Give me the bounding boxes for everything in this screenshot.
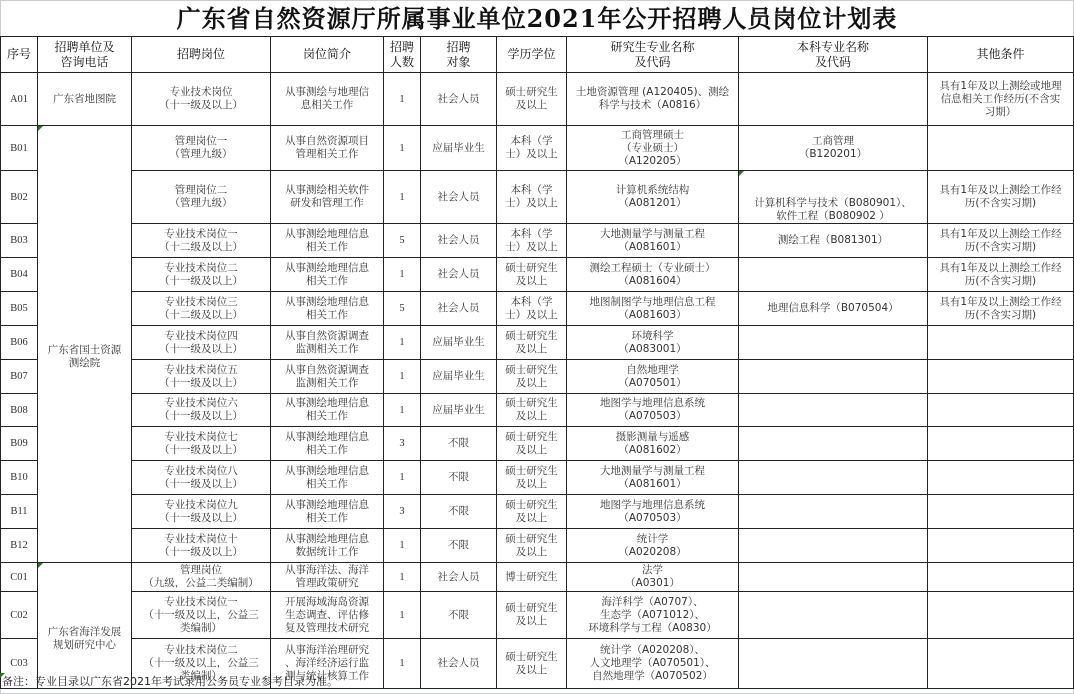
cell-seq[interactable]: B08 bbox=[1, 394, 38, 427]
cell-position[interactable]: 专业技术岗位四 （十一级及以上） bbox=[132, 326, 271, 360]
cell-other[interactable] bbox=[928, 592, 1074, 639]
cell-seq[interactable]: B05 bbox=[1, 292, 38, 326]
cell-unit[interactable]: 广东省地图院 bbox=[38, 73, 132, 126]
cell-position[interactable]: 专业技术岗位七 （十一级及以上） bbox=[132, 427, 271, 461]
cell-education[interactable]: 硕士研究生 及以上 bbox=[497, 73, 567, 126]
cell-other[interactable] bbox=[928, 326, 1074, 360]
cell-target[interactable]: 社会人员 bbox=[421, 73, 497, 126]
cell-target[interactable]: 社会人员 bbox=[421, 639, 497, 689]
cell-position[interactable]: 专业技术岗位六 （十一级及以上） bbox=[132, 394, 271, 427]
cell-count[interactable]: 3 bbox=[384, 495, 421, 529]
cell-other[interactable] bbox=[928, 126, 1074, 171]
cell-grad-major[interactable]: 地图学与地理信息系统 （A070503） bbox=[567, 495, 739, 529]
cell-description[interactable]: 从事测绘地理信息 相关工作 bbox=[271, 394, 384, 427]
cell-target[interactable]: 社会人员 bbox=[421, 292, 497, 326]
table-row: A01 广东省地图院 专业技术岗位 （十一级及以上） 从事测绘与地理信 息相关工… bbox=[1, 73, 1074, 126]
cell-description[interactable]: 从事测绘相关软件 研发和管理工作 bbox=[271, 171, 384, 224]
cell-target[interactable]: 不限 bbox=[421, 592, 497, 639]
cell-target[interactable]: 应届毕业生 bbox=[421, 360, 497, 394]
cell-count[interactable]: 5 bbox=[384, 224, 421, 258]
cell-seq[interactable]: B07 bbox=[1, 360, 38, 394]
cell-education[interactable]: 硕士研究生 及以上 bbox=[497, 461, 567, 495]
cell-other[interactable] bbox=[928, 360, 1074, 394]
cell-description[interactable]: 从事测绘地理信息 相关工作 bbox=[271, 258, 384, 292]
cell-other[interactable]: 具有1年及以上测绘工作经 历(不含实习期) bbox=[928, 171, 1074, 224]
cell-undergrad-major[interactable]: 地理信息科学（B070504） bbox=[739, 292, 928, 326]
cell-description[interactable]: 开展海域海岛资源 生态调查、评估修 复及管理技术研究 bbox=[271, 592, 384, 639]
cell-education[interactable]: 硕士研究生 及以上 bbox=[497, 427, 567, 461]
cell-grad-major[interactable]: 自然地理学 （A070501） bbox=[567, 360, 739, 394]
cell-education[interactable]: 硕士研究生 及以上 bbox=[497, 592, 567, 639]
table-row: B02 管理岗位二 （管理九级） 从事测绘相关软件 研发和管理工作 1 社会人员… bbox=[1, 171, 1074, 224]
cell-position[interactable]: 管理岗位 （九级，公益二类编制） bbox=[132, 563, 271, 592]
cell-description[interactable]: 从事测绘与地理信 息相关工作 bbox=[271, 73, 384, 126]
cell-other[interactable]: 具有1年及以上测绘工作经 历(不含实习期) bbox=[928, 292, 1074, 326]
cell-position[interactable]: 专业技术岗位八 （十一级及以上） bbox=[132, 461, 271, 495]
cell-education[interactable]: 硕士研究生 及以上 bbox=[497, 258, 567, 292]
cell-other[interactable] bbox=[928, 529, 1074, 563]
unit-name: 广东省国土资源 测绘院 bbox=[48, 344, 122, 369]
cell-count[interactable]: 1 bbox=[384, 171, 421, 224]
comment-marker-icon bbox=[38, 563, 43, 568]
cell-target[interactable]: 不限 bbox=[421, 529, 497, 563]
cell-education[interactable]: 博士研究生 bbox=[497, 563, 567, 592]
cell-education[interactable]: 本科（学 士）及以上 bbox=[497, 171, 567, 224]
table-row: B11 专业技术岗位九 （十一级及以上） 从事测绘地理信息 相关工作 3 不限 … bbox=[1, 495, 1074, 529]
cell-position[interactable]: 管理岗位二 （管理九级） bbox=[132, 171, 271, 224]
cell-count[interactable]: 1 bbox=[384, 394, 421, 427]
table-row: B09 专业技术岗位七 （十一级及以上） 从事测绘地理信息 相关工作 3 不限 … bbox=[1, 427, 1074, 461]
cell-target[interactable]: 社会人员 bbox=[421, 224, 497, 258]
header-undergrad-major: 本科专业名称 及代码 bbox=[739, 37, 928, 73]
cell-position[interactable]: 专业技术岗位九 （十一级及以上） bbox=[132, 495, 271, 529]
cell-grad-major[interactable]: 计算机系统结构 （A081201） bbox=[567, 171, 739, 224]
cell-count[interactable]: 1 bbox=[384, 326, 421, 360]
cell-seq[interactable]: B10 bbox=[1, 461, 38, 495]
cell-position[interactable]: 专业技术岗位十 （十一级及以上） bbox=[132, 529, 271, 563]
cell-target[interactable]: 应届毕业生 bbox=[421, 126, 497, 171]
cell-undergrad-major[interactable] bbox=[739, 495, 928, 529]
cell-grad-major[interactable]: 法学 （A0301） bbox=[567, 563, 739, 592]
cell-description[interactable]: 从事自然资源调查 监测相关工作 bbox=[271, 360, 384, 394]
cell-description[interactable]: 从事海洋法、海洋 管理政策研究 bbox=[271, 563, 384, 592]
table-row: C02 专业技术岗位一 （十一级及以上，公益三 类编制） 开展海域海岛资源 生态… bbox=[1, 592, 1074, 639]
cell-other[interactable] bbox=[928, 427, 1074, 461]
cell-undergrad-major[interactable]: 测绘工程（B081301） bbox=[739, 224, 928, 258]
cell-seq[interactable]: B09 bbox=[1, 427, 38, 461]
cell-grad-major[interactable]: 地图学与地理信息系统 （A070503） bbox=[567, 394, 739, 427]
table-row: B10 专业技术岗位八 （十一级及以上） 从事测绘地理信息 相关工作 1 不限 … bbox=[1, 461, 1074, 495]
table-row: B04 专业技术岗位二 （十一级及以上） 从事测绘地理信息 相关工作 1 社会人… bbox=[1, 258, 1074, 292]
cell-target[interactable]: 不限 bbox=[421, 461, 497, 495]
cell-other[interactable]: 具有1年及以上测绘工作经 历(不含实习期) bbox=[928, 258, 1074, 292]
cell-unit-merged[interactable]: 广东省海洋发展 规划研究中心 bbox=[38, 563, 132, 689]
cell-seq[interactable]: C02 bbox=[1, 592, 38, 639]
cell-undergrad-major[interactable]: 计算机科学与技术（B080901）、 软件工程（B080902 ） bbox=[739, 171, 928, 224]
cell-target[interactable]: 社会人员 bbox=[421, 171, 497, 224]
header-unit: 招聘单位及 咨询电话 bbox=[38, 37, 132, 73]
cell-undergrad-major[interactable] bbox=[739, 326, 928, 360]
cell-target[interactable]: 不限 bbox=[421, 495, 497, 529]
table-row: B06 专业技术岗位四 （十一级及以上） 从事自然资源调查 监测相关工作 1 应… bbox=[1, 326, 1074, 360]
cell-undergrad-major[interactable] bbox=[739, 394, 928, 427]
cell-education[interactable]: 硕士研究生 及以上 bbox=[497, 360, 567, 394]
cell-grad-major[interactable]: 工商管理硕士 （专业硕士） （A120205） bbox=[567, 126, 739, 171]
cell-seq[interactable]: B04 bbox=[1, 258, 38, 292]
cell-count[interactable]: 1 bbox=[384, 126, 421, 171]
cell-seq[interactable]: A01 bbox=[1, 73, 38, 126]
cell-other[interactable] bbox=[928, 461, 1074, 495]
cell-description[interactable]: 从事自然资源调查 监测相关工作 bbox=[271, 326, 384, 360]
cell-undergrad-major[interactable] bbox=[739, 73, 928, 126]
header-education: 学历学位 bbox=[497, 37, 567, 73]
undergrad-major-text: 计算机科学与技术（B080901）、 软件工程（B080902 ） bbox=[754, 197, 912, 222]
cell-position[interactable]: 专业技术岗位 （十一级及以上） bbox=[132, 73, 271, 126]
comment-marker-icon bbox=[739, 171, 744, 176]
unit-name: 广东省海洋发展 规划研究中心 bbox=[48, 626, 122, 651]
cell-undergrad-major[interactable] bbox=[739, 592, 928, 639]
cell-grad-major[interactable]: 摄影测量与遥感 （A081602） bbox=[567, 427, 739, 461]
cell-description[interactable]: 从事测绘地理信息 相关工作 bbox=[271, 292, 384, 326]
table-row: B03 专业技术岗位一 （十二级及以上） 从事测绘地理信息 相关工作 5 社会人… bbox=[1, 224, 1074, 258]
cell-count[interactable]: 1 bbox=[384, 258, 421, 292]
comment-marker-icon bbox=[0, 673, 5, 678]
cell-other[interactable] bbox=[928, 495, 1074, 529]
table-row: B08 专业技术岗位六 （十一级及以上） 从事测绘地理信息 相关工作 1 应届毕… bbox=[1, 394, 1074, 427]
cell-grad-major[interactable]: 大地测量学与测量工程 （A081601） bbox=[567, 224, 739, 258]
cell-education[interactable]: 本科（学 士）及以上 bbox=[497, 224, 567, 258]
cell-other[interactable] bbox=[928, 639, 1074, 689]
cell-seq[interactable]: B01 bbox=[1, 126, 38, 171]
cell-other[interactable]: 具有1年及以上测绘工作经 历(不含实习期) bbox=[928, 224, 1074, 258]
table-row: B12 专业技术岗位十 （十一级及以上） 从事测绘地理信息 数据统计工作 1 不… bbox=[1, 529, 1074, 563]
cell-grad-major[interactable]: 海洋科学（A0707）、 生态学（A071012）、 环境科学与工程（A0830… bbox=[567, 592, 739, 639]
cell-education[interactable]: 硕士研究生 及以上 bbox=[497, 394, 567, 427]
comment-marker-icon bbox=[38, 126, 43, 131]
cell-education[interactable]: 硕士研究生 及以上 bbox=[497, 495, 567, 529]
cell-description[interactable]: 从事测绘地理信息 数据统计工作 bbox=[271, 529, 384, 563]
cell-grad-major[interactable]: 统计学（A020208）、 人文地理学（A070501）、 自然地理学（A070… bbox=[567, 639, 739, 689]
footnote: 备注：专业目录以广东省2021年考试录用公务员专业参考目录为准。 bbox=[2, 674, 338, 690]
header-grad-major: 研究生专业名称 及代码 bbox=[567, 37, 739, 73]
cell-grad-major[interactable]: 测绘工程硕士（专业硕士） （A081604） bbox=[567, 258, 739, 292]
cell-count[interactable]: 1 bbox=[384, 461, 421, 495]
header-position: 招聘岗位 bbox=[132, 37, 271, 73]
header-other: 其他条件 bbox=[928, 37, 1074, 73]
cell-description[interactable]: 从事测绘地理信息 相关工作 bbox=[271, 427, 384, 461]
cell-seq[interactable]: B12 bbox=[1, 529, 38, 563]
table-row: C01 广东省海洋发展 规划研究中心 管理岗位 （九级，公益二类编制） 从事海洋… bbox=[1, 563, 1074, 592]
cell-grad-major[interactable]: 土地资源管理 (A120405)、测绘 科学与技术（A0816） bbox=[567, 73, 739, 126]
cell-count[interactable]: 1 bbox=[384, 360, 421, 394]
cell-education[interactable]: 本科（学 士）及以上 bbox=[497, 126, 567, 171]
cell-undergrad-major[interactable] bbox=[739, 529, 928, 563]
cell-target[interactable]: 不限 bbox=[421, 427, 497, 461]
cell-seq[interactable]: B02 bbox=[1, 171, 38, 224]
table-row: B07 专业技术岗位五 （十一级及以上） 从事自然资源调查 监测相关工作 1 应… bbox=[1, 360, 1074, 394]
cell-description[interactable]: 从事自然资源项目 管理相关工作 bbox=[271, 126, 384, 171]
page-title: 广东省自然资源厅所属事业单位2021年公开招聘人员岗位计划表 bbox=[0, 2, 1074, 36]
cell-other[interactable]: 具有1年及以上测绘或地理 信息相关工作经历(不含实 习期） bbox=[928, 73, 1074, 126]
cell-seq[interactable]: B11 bbox=[1, 495, 38, 529]
cell-other[interactable] bbox=[928, 394, 1074, 427]
cell-position[interactable]: 专业技术岗位一 （十二级及以上） bbox=[132, 224, 271, 258]
header-count: 招聘 人数 bbox=[384, 37, 421, 73]
cell-undergrad-major[interactable] bbox=[739, 258, 928, 292]
cell-grad-major[interactable]: 大地测量学与测量工程 （A081601） bbox=[567, 461, 739, 495]
cell-count[interactable]: 1 bbox=[384, 529, 421, 563]
cell-description[interactable]: 从事测绘地理信息 相关工作 bbox=[271, 461, 384, 495]
cell-position[interactable]: 管理岗位一 （管理九级） bbox=[132, 126, 271, 171]
cell-other[interactable] bbox=[928, 563, 1074, 592]
cell-undergrad-major[interactable] bbox=[739, 461, 928, 495]
cell-description[interactable]: 从事测绘地理信息 相关工作 bbox=[271, 224, 384, 258]
cell-undergrad-major[interactable]: 工商管理 （B120201） bbox=[739, 126, 928, 171]
cell-education[interactable]: 硕士研究生 及以上 bbox=[497, 529, 567, 563]
cell-undergrad-major[interactable] bbox=[739, 427, 928, 461]
cell-education[interactable]: 本科（学 士）及以上 bbox=[497, 292, 567, 326]
cell-undergrad-major[interactable] bbox=[739, 360, 928, 394]
recruitment-plan-table: 序号 招聘单位及 咨询电话 招聘岗位 岗位简介 招聘 人数 招聘 对象 学历学位… bbox=[0, 36, 1074, 689]
cell-seq[interactable]: B06 bbox=[1, 326, 38, 360]
cell-target[interactable]: 应届毕业生 bbox=[421, 326, 497, 360]
table-row: B05 专业技术岗位三 （十二级及以上） 从事测绘地理信息 相关工作 5 社会人… bbox=[1, 292, 1074, 326]
cell-grad-major[interactable]: 地图制图学与地理信息工程 （A081603） bbox=[567, 292, 739, 326]
header-target: 招聘 对象 bbox=[421, 37, 497, 73]
cell-seq[interactable]: B03 bbox=[1, 224, 38, 258]
header-row: 序号 招聘单位及 咨询电话 招聘岗位 岗位简介 招聘 人数 招聘 对象 学历学位… bbox=[1, 37, 1074, 73]
footnote-text: 备注：专业目录以广东省2021年考试录用公务员专业参考目录为准。 bbox=[2, 675, 338, 688]
cell-target[interactable]: 应届毕业生 bbox=[421, 394, 497, 427]
cell-position[interactable]: 专业技术岗位三 （十二级及以上） bbox=[132, 292, 271, 326]
cell-count[interactable]: 1 bbox=[384, 592, 421, 639]
cell-target[interactable]: 社会人员 bbox=[421, 563, 497, 592]
cell-undergrad-major[interactable] bbox=[739, 563, 928, 592]
cell-count[interactable]: 5 bbox=[384, 292, 421, 326]
cell-grad-major[interactable]: 统计学 （A020208） bbox=[567, 529, 739, 563]
cell-count[interactable]: 3 bbox=[384, 427, 421, 461]
cell-education[interactable]: 硕士研究生 及以上 bbox=[497, 639, 567, 689]
header-description: 岗位简介 bbox=[271, 37, 384, 73]
header-seq: 序号 bbox=[1, 37, 38, 73]
cell-description[interactable]: 从事测绘地理信息 相关工作 bbox=[271, 495, 384, 529]
cell-position[interactable]: 专业技术岗位二 （十一级及以上） bbox=[132, 258, 271, 292]
cell-target[interactable]: 社会人员 bbox=[421, 258, 497, 292]
cell-count[interactable]: 1 bbox=[384, 73, 421, 126]
table-row: B01 广东省国土资源 测绘院 管理岗位一 （管理九级） 从事自然资源项目 管理… bbox=[1, 126, 1074, 171]
cell-seq[interactable]: C01 bbox=[1, 563, 38, 592]
cell-undergrad-major[interactable] bbox=[739, 639, 928, 689]
cell-position[interactable]: 专业技术岗位一 （十一级及以上，公益三 类编制） bbox=[132, 592, 271, 639]
cell-position[interactable]: 专业技术岗位五 （十一级及以上） bbox=[132, 360, 271, 394]
cell-count[interactable]: 1 bbox=[384, 639, 421, 689]
cell-count[interactable]: 1 bbox=[384, 563, 421, 592]
cell-grad-major[interactable]: 环境科学 （A083001） bbox=[567, 326, 739, 360]
cell-unit-merged[interactable]: 广东省国土资源 测绘院 bbox=[38, 126, 132, 563]
cell-education[interactable]: 硕士研究生 及以上 bbox=[497, 326, 567, 360]
